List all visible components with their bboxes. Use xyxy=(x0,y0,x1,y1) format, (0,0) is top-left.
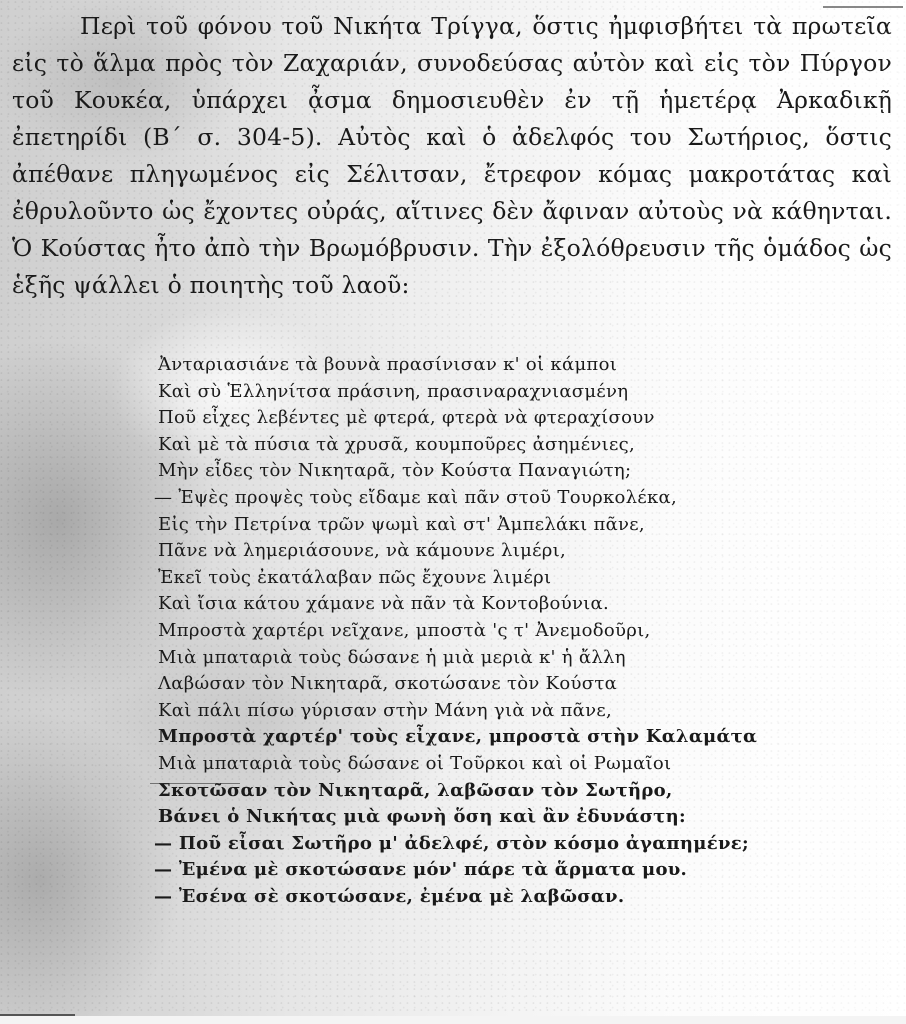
poem-line: Σκοτῶσαν τὸν Νικηταρᾶ, λαβῶσαν τὸν Σωτῆρ… xyxy=(158,778,838,805)
poem-line: Μπροστὰ χαρτέρι νεῖχανε, μποστὰ 'ς τ' Ἀν… xyxy=(158,618,838,645)
prose-paragraph: Περὶ τοῦ φόνου τοῦ Νικήτα Τρίγγα, ὅστις … xyxy=(12,8,892,304)
poem-line: Λαβώσαν τὸν Νικηταρᾶ, σκοτώσανε τὸν Κούσ… xyxy=(158,671,838,698)
poem-line: Ποῦ εἶχες λεβέντες μὲ φτερά, φτερὰ νὰ φτ… xyxy=(158,405,838,432)
poem-line: — Ἐσένα σὲ σκοτώσανε, ἐμένα μὲ λαβῶσαν. xyxy=(154,884,838,911)
folk-song-poem: Ἀνταριασιάνε τὰ βουνὰ πρασίνισαν κ' οἱ κ… xyxy=(158,352,838,910)
poem-line: — Ἐμένα μὲ σκοτώσανε μόν' πάρε τὰ ἅρματα… xyxy=(154,857,838,884)
poem-line: Βάνει ὁ Νικήτας μιὰ φωνὴ ὅση καὶ ἂν ἐδυν… xyxy=(158,804,838,831)
poem-line: Καὶ σὺ Ἑλληνίτσα πράσινη, πρασιναραχνιασ… xyxy=(158,379,838,406)
poem-line: Μιὰ μπαταριὰ τοὺς δώσανε ἡ μιὰ μεριὰ κ' … xyxy=(158,645,838,672)
poem-line: Ἀνταριασιάνε τὰ βουνὰ πρασίνισαν κ' οἱ κ… xyxy=(158,352,838,379)
poem-line: Πᾶνε νὰ λημεριάσουνε, νὰ κάμουνε λιμέρι, xyxy=(158,538,838,565)
poem-line: — Ποῦ εἶσαι Σωτῆρο μ' ἀδελφέ, στὸν κόσμο… xyxy=(154,831,838,858)
prose-section: Περὶ τοῦ φόνου τοῦ Νικήτα Τρίγγα, ὅστις … xyxy=(12,8,892,304)
poem-line: Καὶ ἴσια κάτου χάμανε νὰ πᾶν τὰ Κοντοβού… xyxy=(158,591,838,618)
page-bottom-margin xyxy=(0,1016,906,1024)
poem-line: Μιὰ μπαταριὰ τοὺς δώσανε οἱ Τοῦρκοι καὶ … xyxy=(158,751,838,778)
scan-tape-edge xyxy=(150,783,240,784)
poem-line: Καὶ πάλι πίσω γύρισαν στὴν Μάνη γιὰ νὰ π… xyxy=(158,698,838,725)
poem-line: Μὴν εἶδες τὸν Νικηταρᾶ, τὸν Κούστα Παναγ… xyxy=(158,458,838,485)
poem-line: Μπροστὰ χαρτέρ' τοὺς εἶχανε, μπροστὰ στὴ… xyxy=(158,724,838,751)
poem-line: Εἰς τὴν Πετρίνα τρῶν ψωμὶ καὶ στ' Ἀμπελά… xyxy=(158,512,838,539)
poem-line: Ἐκεῖ τοὺς ἐκατάλαβαν πῶς ἔχουνε λιμέρι xyxy=(158,565,838,592)
poem-line: Καὶ μὲ τὰ πύσια τὰ χρυσᾶ, κουμποῦρες ἀση… xyxy=(158,432,838,459)
poem-line: — Ἐψὲς προψὲς τοὺς εἴδαμε καὶ πᾶν στοῦ Τ… xyxy=(154,485,838,512)
